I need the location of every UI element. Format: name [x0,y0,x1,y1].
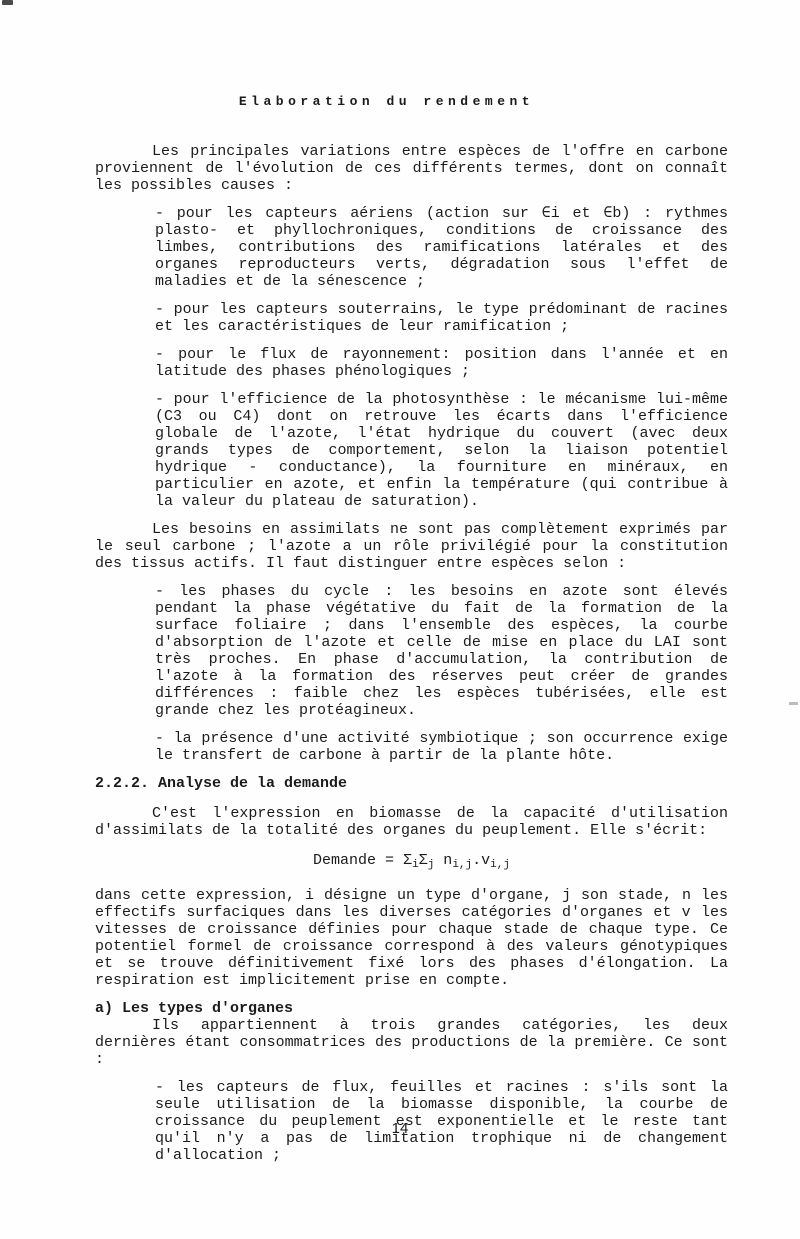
scan-artifact-top-left [2,0,13,5]
bullet-capteurs-souterrains: - pour les capteurs souterrains, le type… [155,301,728,335]
bullet-flux-rayonnement: - pour le flux de rayonnement: position … [155,346,728,380]
paragraph-trois-categories: Ils appartiennent à trois grandes catégo… [95,1017,728,1068]
document-page: Elaboration du rendement Les principales… [0,0,800,1239]
bullet-capteurs-aeriens: - pour les capteurs aériens (action sur … [155,205,728,290]
paragraph-besoins-assimilats: Les besoins en assimilats ne sont pas co… [95,521,728,572]
page-number: 14 [0,1120,800,1137]
bullet-activite-symbiotique: - la présence d'une activité symbiotique… [155,730,728,764]
subsection-heading-types-organes: a) Les types d'organes [95,1000,728,1017]
intro-paragraph: Les principales variations entre espèces… [95,143,728,194]
section-heading-analyse-demande: 2.2.2. Analyse de la demande [95,775,728,792]
bullet-phases-du-cycle: - les phases du cycle : les besoins en a… [155,583,728,719]
document-body: Les principales variations entre espèces… [95,143,728,1175]
scan-artifact-right-edge [789,702,798,705]
paragraph-formula-explanation: dans cette expression, i désigne un type… [95,887,728,989]
page-title: Elaboration du rendement [70,94,703,109]
bullet-efficience-photosynthese: - pour l'efficience de la photosynthèse … [155,391,728,510]
paragraph-expression-biomasse: C'est l'expression en biomasse de la cap… [95,805,728,839]
formula-demande: Demande = ΣiΣj ni,j.vi,j [95,852,728,874]
